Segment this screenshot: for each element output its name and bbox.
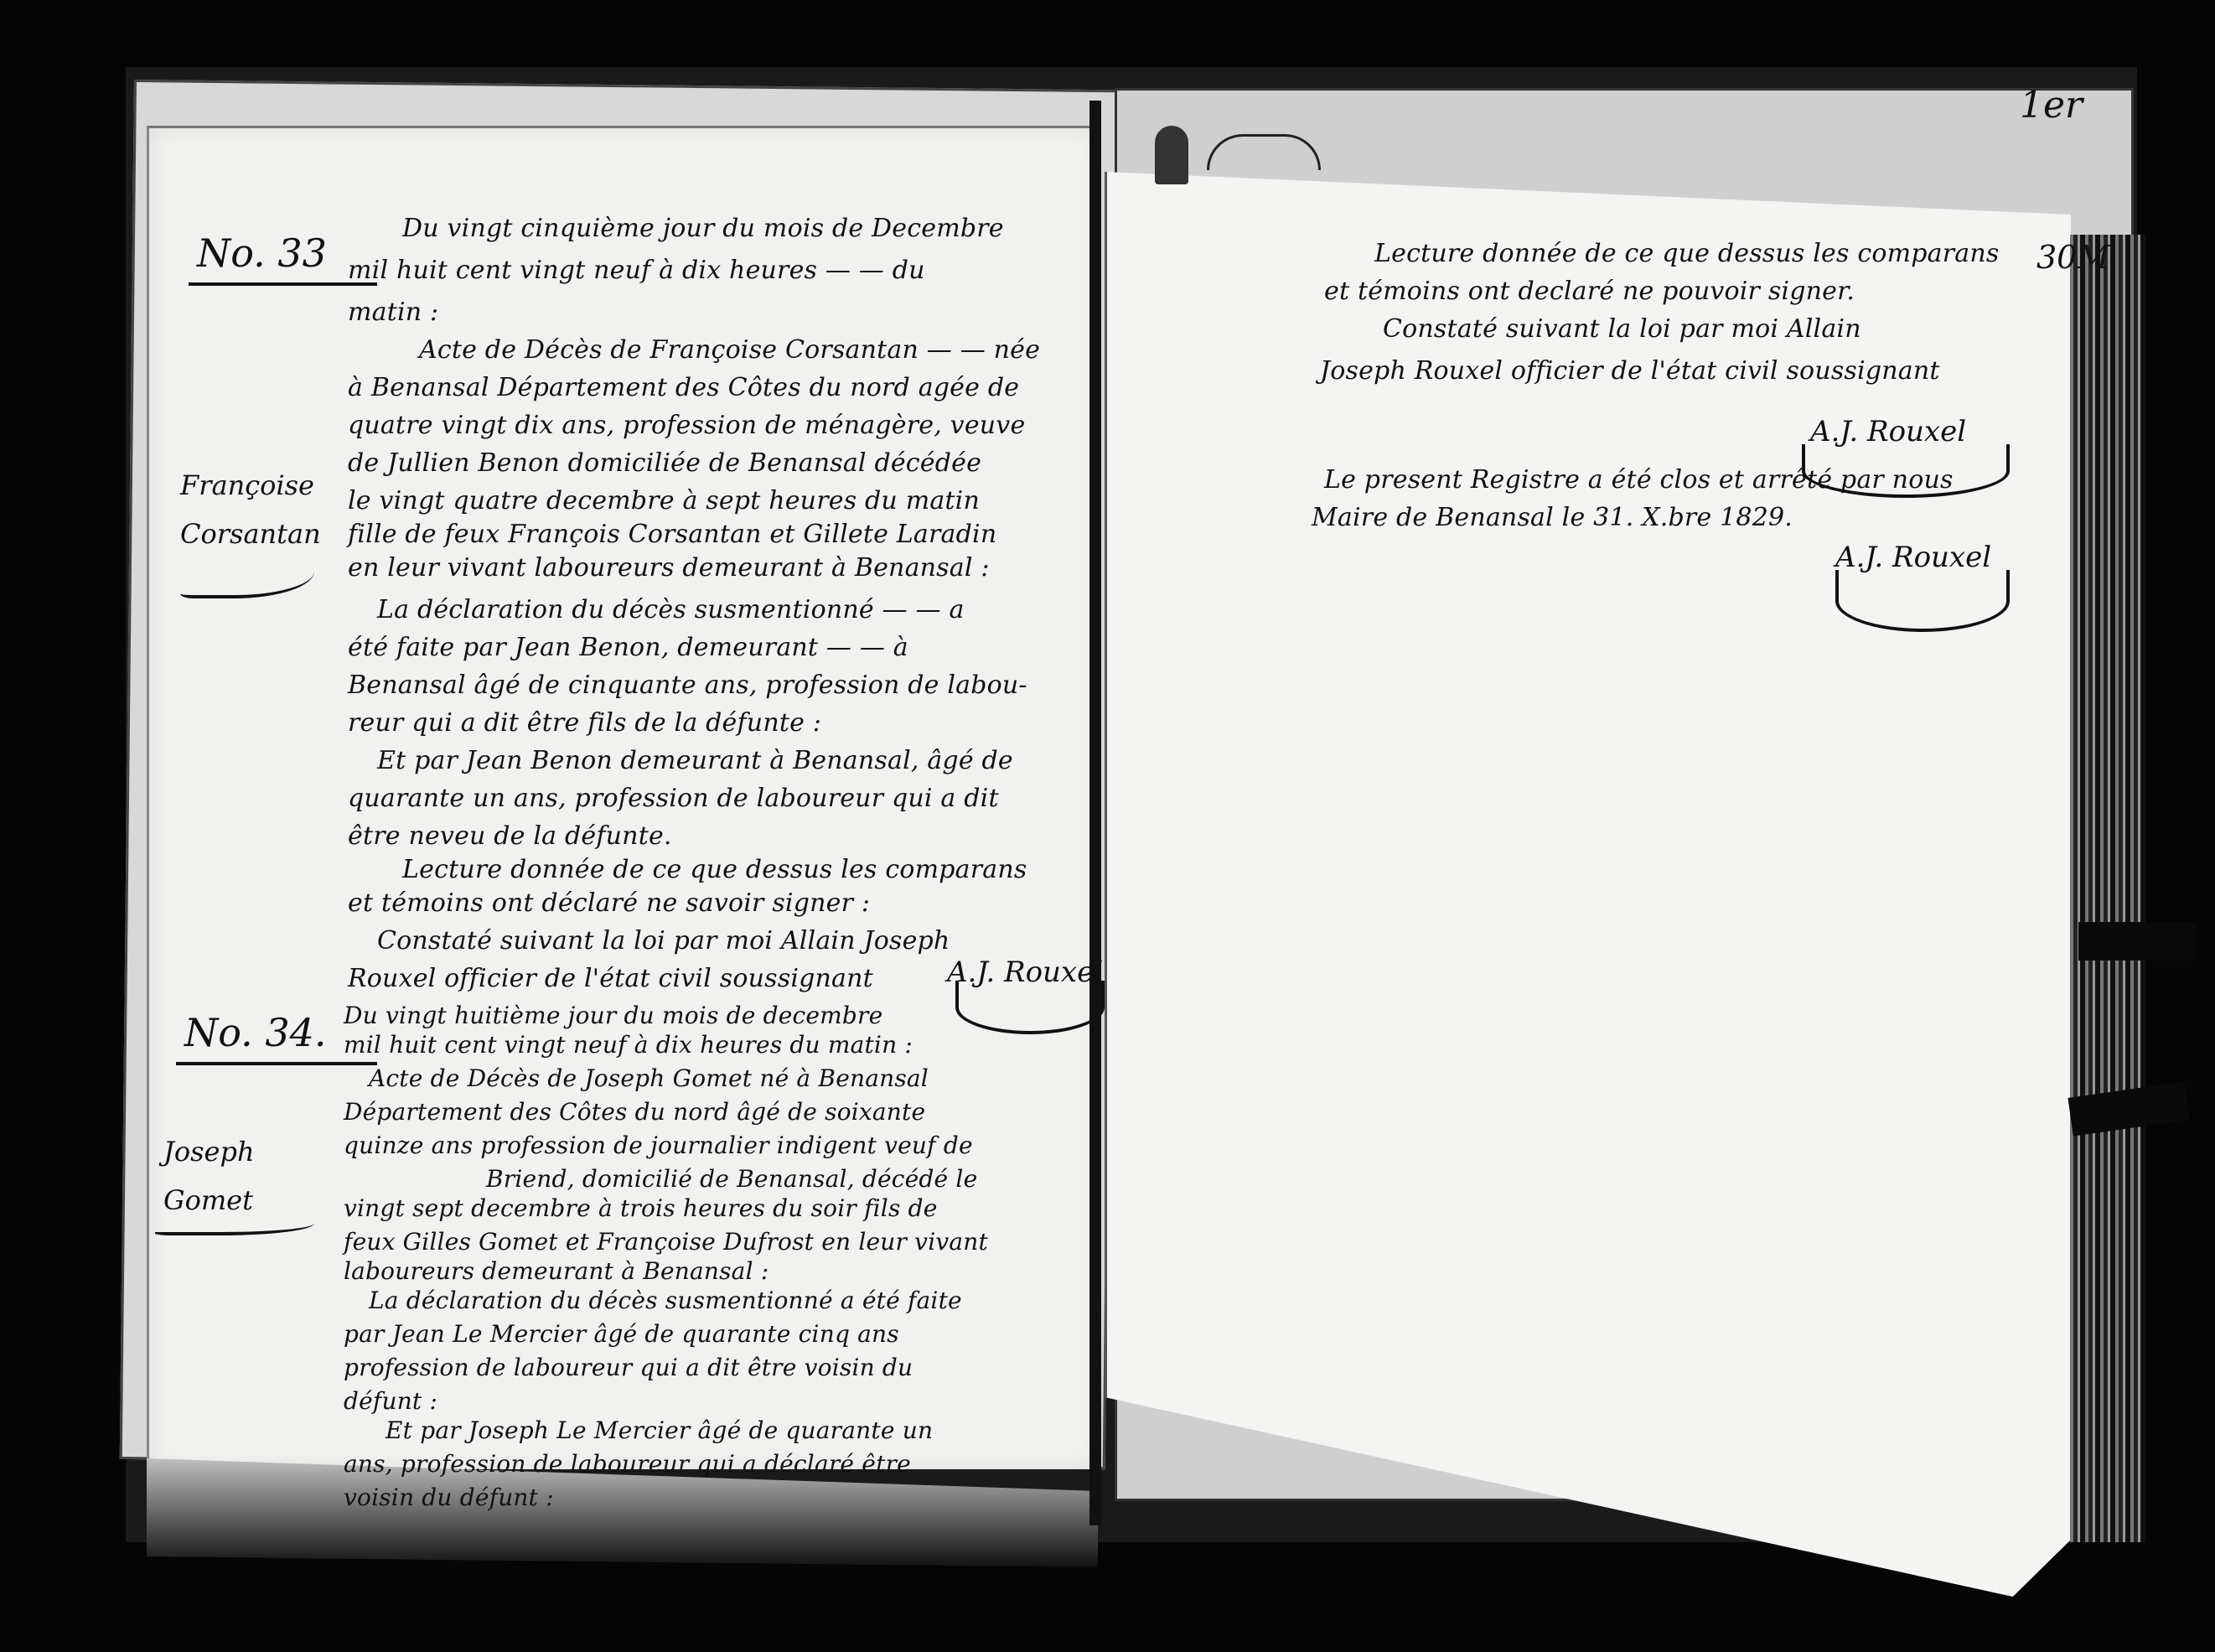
text-line: quatre vingt dix ans, profession de ména… (348, 411, 1025, 440)
binding-clip-icon (1155, 126, 1188, 184)
text-line: mil huit cent vingt neuf à dix heures — … (348, 256, 925, 285)
text-line: quarante un ans, profession de laboureur… (348, 784, 999, 813)
text-line: Et par Jean Benon demeurant à Benansal, … (377, 746, 1013, 775)
text-line: être neveu de la défunte. (348, 821, 672, 851)
text-line: matin : (348, 298, 438, 327)
text-line: Constaté suivant la loi par moi Allain J… (377, 926, 950, 955)
text-line: et témoins ont declaré ne pouvoir signer… (1324, 277, 1855, 306)
text-line: Rouxel officier de l'état civil soussign… (348, 964, 873, 993)
text-line: Maire de Benansal le 31. X.bre 1829. (1312, 503, 1793, 532)
margin-name: Françoise Corsantan (180, 461, 321, 558)
text-line: La déclaration du décès susmentionné — —… (377, 595, 965, 624)
text-line: Acte de Décès de Françoise Corsantan — —… (419, 335, 1040, 365)
text-line: à Benansal Département des Côtes du nord… (348, 373, 1019, 402)
margin-name-first: Joseph (163, 1127, 255, 1176)
text-line: fille de feux François Corsantan et Gill… (348, 520, 996, 549)
stamp-seal-icon (1207, 134, 1321, 170)
text-line: défunt : (344, 1387, 437, 1415)
text-line: été faite par Jean Benon, demeurant — — … (348, 633, 908, 662)
page-number: 30M (2036, 239, 2109, 276)
text-line: Le present Registre a été clos et arrêté… (1324, 465, 1954, 495)
text-line: Benansal âgé de cinquante ans, professio… (348, 671, 1027, 700)
text-line: Acte de Décès de Joseph Gomet né à Benan… (369, 1064, 929, 1092)
text-line: ans, profession de laboureur qui a décla… (344, 1450, 911, 1478)
text-line: quinze ans profession de journalier indi… (344, 1132, 973, 1159)
entry-number: No. 34. (184, 1010, 327, 1055)
margin-name: Joseph Gomet (163, 1127, 255, 1225)
signature-flourish (1835, 570, 2010, 632)
text-line: feux Gilles Gomet et Françoise Dufrost e… (344, 1228, 988, 1256)
text-line: le vingt quatre decembre à sept heures d… (348, 486, 980, 515)
text-line: Joseph Rouxel officier de l'état civil s… (1320, 356, 1940, 386)
text-line: laboureurs demeurant à Benansal : (344, 1257, 769, 1285)
text-line: Briend, domicilié de Benansal, décédé le (486, 1165, 977, 1193)
text-line: La déclaration du décès susmentionné a é… (369, 1287, 962, 1314)
right-page (1105, 172, 2071, 1597)
text-line: Lecture donnée de ce que dessus les comp… (1374, 239, 1999, 268)
folio-mark: 1er (2020, 84, 2083, 127)
signature: A.J. Rouxel (1810, 415, 1966, 448)
text-line: Du vingt huitième jour du mois de decemb… (344, 1002, 882, 1029)
text-line: voisin du défunt : (344, 1484, 554, 1511)
text-line: Constaté suivant la loi par moi Allain (1383, 314, 1861, 344)
signature-flourish (955, 981, 1105, 1034)
text-line: et témoins ont déclaré ne savoir signer … (348, 888, 870, 918)
text-line: Lecture donnée de ce que dessus les comp… (402, 855, 1027, 884)
text-line: en leur vivant laboureurs demeurant à Be… (348, 553, 990, 583)
text-line: par Jean Le Mercier âgé de quarante cinq… (344, 1320, 899, 1348)
text-line: vingt sept decembre à trois heures du so… (344, 1194, 938, 1222)
text-line: Du vingt cinquième jour du mois de Decem… (402, 214, 1004, 243)
book-spine (1089, 101, 1101, 1525)
text-line: reur qui a dit être fils de la défunte : (348, 708, 821, 738)
text-line: de Jullien Benon domiciliée de Benansal … (348, 448, 981, 478)
text-line: Département des Côtes du nord âgé de soi… (344, 1098, 925, 1126)
binding-ribbon (2078, 922, 2196, 961)
text-line: Et par Joseph Le Mercier âgé de quarante… (386, 1416, 933, 1444)
page-edges (2070, 235, 2145, 1542)
register-scan: 1er 30M No. 33 Françoise Corsantan Du vi… (0, 0, 2215, 1652)
text-line: profession de laboureur qui a dit être v… (344, 1354, 913, 1381)
margin-name-last: Corsantan (180, 510, 321, 558)
text-line: mil huit cent vingt neuf à dix heures du… (344, 1031, 913, 1059)
margin-name-first: Françoise (180, 461, 321, 510)
entry-number: No. 33 (197, 230, 327, 276)
signature: A.J. Rouxel (1835, 541, 1991, 574)
